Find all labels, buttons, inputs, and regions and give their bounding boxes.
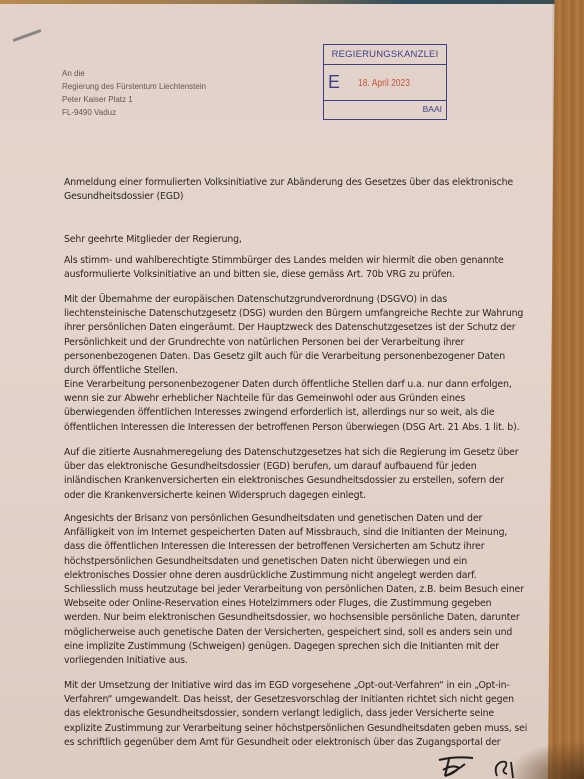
text-line: das elektronische Gesundheitsdossier, so… <box>64 707 534 721</box>
text-line: inländischen Krankenversicherten ein ele… <box>64 474 534 488</box>
stamp-code: BAAI <box>423 104 442 114</box>
letter-subject: Anmeldung einer formulierten Volksinitia… <box>64 176 534 204</box>
text-line: oder die Krankenversicherte keinen Wider… <box>64 489 534 503</box>
text-line: personenbezogenen Daten. Das Gesetz gilt… <box>64 350 534 364</box>
text-line: öffentlichen Interessen die Interessen d… <box>64 421 534 435</box>
wooden-table-edge <box>548 0 584 779</box>
receipt-stamp: REGIERUNGSKANZLEI E 18. April 2023 BAAI <box>323 44 447 120</box>
text-line: Webseite oder Online-Reservation eines H… <box>64 597 534 611</box>
text-line: werden. Nur beim elektronischen Gesundhe… <box>64 611 534 625</box>
stamp-office: REGIERUNGSKANZLEI <box>324 45 446 65</box>
subject-line: Gesundheitsdossier (EGD) <box>64 190 534 204</box>
text-line: liechtensteinische Datenschutzgesetz (DS… <box>64 307 534 321</box>
text-line: möglicherweise auch genetische Daten der… <box>64 626 534 640</box>
paragraph-processing: Eine Verarbeitung personenbezogener Date… <box>64 378 534 435</box>
recipient-line: FL-9490 Vaduz <box>62 106 206 119</box>
paragraph-egd: Auf die zitierte Ausnahmeregelung des Da… <box>64 446 534 503</box>
stamp-date-row: E 18. April 2023 <box>324 65 446 101</box>
subject-line: Anmeldung einer formulierten Volksinitia… <box>64 176 534 190</box>
text-line: Verfahren“ umgewandelt. Das heisst, der … <box>64 693 534 707</box>
text-line: dass die öffentlichen Interessen die Int… <box>64 540 534 554</box>
recipient-line: Regierung des Fürstentum Liechtenstein <box>62 80 206 93</box>
text-line: Schliesslich muss heutzutage bei jeder V… <box>64 583 534 597</box>
pen-mark <box>12 29 41 42</box>
text-line: Mit der Umsetzung der Initiative wird da… <box>64 679 534 693</box>
text-line: ihrer persönlichen Daten eingeräumt. Der… <box>64 321 534 335</box>
text-line: Angesichts der Brisanz von persönlichen … <box>64 512 534 526</box>
paragraph-rationale: Angesichts der Brisanz von persönlichen … <box>64 512 534 668</box>
text-line: explizite Zustimmung zur Verarbeitung se… <box>64 722 534 736</box>
stamp-code-row: BAAI <box>324 101 446 119</box>
salutation: Sehr geehrte Mitglieder der Regierung, <box>64 233 534 247</box>
text-line: vorliegenden Initiative aus. <box>64 654 534 668</box>
text-line: eine implizite Zustimmung (Schweigen) ge… <box>64 640 534 654</box>
text-line: elektronisches Dossier ohne deren ausdrü… <box>64 569 534 583</box>
text-line: es schriftlich gegenüber dem Amt für Ges… <box>64 736 534 750</box>
paragraph-opt-in: Mit der Umsetzung der Initiative wird da… <box>64 679 534 750</box>
text-line: überwiegenden öffentlichen Interesses zw… <box>64 406 534 420</box>
paragraph-intro: Als stimm- und wahlberechtigte Stimmbürg… <box>64 254 534 282</box>
text-line: Als stimm- und wahlberechtigte Stimmbürg… <box>64 254 534 268</box>
text-line: durch öffentliche Stellen. <box>64 364 534 378</box>
recipient-line: Peter Kaiser Platz 1 <box>62 93 206 106</box>
stamp-letter: E <box>328 72 340 93</box>
text-line: wenn sie zur Abwehr erheblicher Nachteil… <box>64 392 534 406</box>
text-line: Mit der Übernahme der europäischen Daten… <box>64 293 534 307</box>
text-line: Anfälligkeit von im Internet gespeichert… <box>64 526 534 540</box>
text-line: Eine Verarbeitung personenbezogener Date… <box>64 378 534 392</box>
handwritten-signature <box>435 754 525 779</box>
text-line: ausformulierte Volksinitiative an und bi… <box>64 268 534 282</box>
recipient-address: An die Regierung des Fürstentum Liechten… <box>62 67 206 119</box>
text-line: Persönlichkeit und der Grundrechte von n… <box>64 336 534 350</box>
recipient-line: An die <box>62 67 206 80</box>
text-line: höchstpersönlichen Gesundheitsdaten und … <box>64 555 534 569</box>
paragraph-dsgvo: Mit der Übernahme der europäischen Daten… <box>64 293 534 378</box>
text-line: über das elektronische Gesundheitsdossie… <box>64 460 534 474</box>
text-line: Auf die zitierte Ausnahmeregelung des Da… <box>64 446 534 460</box>
stamp-date: 18. April 2023 <box>358 78 410 89</box>
